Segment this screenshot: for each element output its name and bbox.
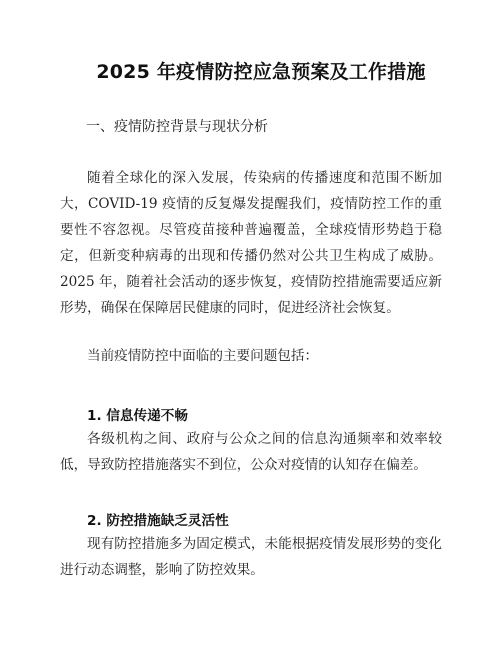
problem-heading-2: 2. 防控措施缺乏灵活性 [87, 511, 229, 531]
document-title: 2025 年疫情防控应急预案及工作措施 [0, 60, 500, 84]
problems-intro-paragraph: 当前疫情防控中面临的主要问题包括： [60, 343, 442, 369]
problem-text-1: 各级机构之间、政府与公众之间的信息沟通频率和效率较低，导致防控措施落实不到位，公… [60, 426, 442, 478]
document-page: 2025 年疫情防控应急预案及工作措施 一、疫情防控背景与现状分析 随着全球化的… [0, 0, 500, 647]
section-heading: 一、疫情防控背景与现状分析 [86, 117, 268, 137]
background-paragraph: 随着全球化的深入发展，传染病的传播速度和范围不断加大，COVID-19 疫情的反… [60, 165, 442, 321]
problem-text-2: 现有防控措施多为固定模式，未能根据疫情发展形势的变化进行动态调整，影响了防控效果… [60, 531, 442, 583]
problem-heading-1: 1. 信息传递不畅 [87, 406, 188, 426]
